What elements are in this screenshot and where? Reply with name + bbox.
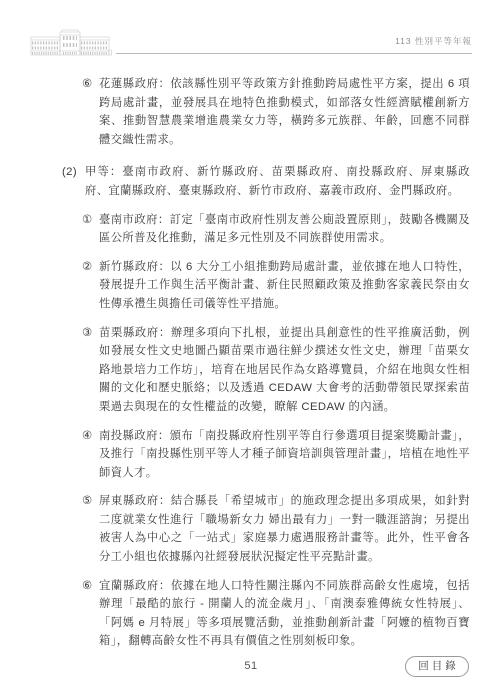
- list-item: (2) 甲等：臺南市政府、新竹縣政府、苗栗縣政府、南投縣政府、屏東縣政府、宜蘭縣…: [62, 163, 470, 200]
- list-marker: ⑥: [82, 577, 99, 596]
- document-page: 113 性別平等年報 ⑥ 花蓮縣政府：依該縣性別平等政策方針推動跨局處性平方案，…: [0, 0, 502, 700]
- list-marker: ③: [82, 324, 99, 343]
- list-item: ③ 苗栗縣政府：辦理多項向下扎根，並提出具創意性的性平推廣活動，例如發展女性文史…: [82, 324, 470, 417]
- list-marker: ①: [82, 211, 99, 230]
- list-text: 臺南市政府：訂定「臺南市政府性別友善公廁設置原則」，鼓勵各機關及區公所普及化推動…: [99, 211, 470, 248]
- list-item: ① 臺南市政府：訂定「臺南市政府性別友善公廁設置原則」，鼓勵各機關及區公所普及化…: [82, 211, 470, 248]
- list-text: 屏東縣政府：結合縣長「希望城市」的施政理念提出多項成果，如針對二度就業女性進行「…: [99, 492, 470, 566]
- document-body: ⑥ 花蓮縣政府：依該縣性別平等政策方針推動跨局處性平方案，提出 6 項跨局處計畫…: [62, 75, 470, 652]
- list-marker: ②: [82, 258, 99, 277]
- list-marker: ⑤: [82, 492, 99, 511]
- list-text: 甲等：臺南市政府、新竹縣政府、苗栗縣政府、南投縣政府、屏東縣政府、宜蘭縣政府、臺…: [85, 163, 470, 200]
- list-marker: ④: [82, 427, 99, 446]
- list-item: ⑥ 花蓮縣政府：依該縣性別平等政策方針推動跨局處性平方案，提出 6 項跨局處計畫…: [82, 75, 470, 149]
- header-divider: 113 性別平等年報: [116, 31, 472, 54]
- list-item: ⑤ 屏東縣政府：結合縣長「希望城市」的施政理念提出多項成果，如針對二度就業女性進…: [82, 492, 470, 566]
- list-item: ② 新竹縣政府：以 6 大分工小組推動跨局處計畫，並依據在地人口特性，發展提升工…: [82, 258, 470, 314]
- list-marker: (2): [62, 163, 85, 182]
- report-title: 113 性別平等年報: [395, 36, 472, 46]
- back-to-toc-button[interactable]: 回目錄: [405, 656, 469, 677]
- page-footer: 51 回目錄: [0, 654, 502, 700]
- government-building-icon: [30, 29, 112, 57]
- list-text: 苗栗縣政府：辦理多項向下扎根，並提出具創意性的性平推廣活動，例如發展女性文史地圖…: [99, 324, 470, 417]
- list-text: 宜蘭縣政府：依據在地人口特性關注縣內不同族群高齡女性處境，包括辦理「最酷的旅行 …: [99, 577, 470, 651]
- list-text: 花蓮縣政府：依該縣性別平等政策方針推動跨局處性平方案，提出 6 項跨局處計畫，並…: [99, 75, 470, 149]
- list-item: ⑥ 宜蘭縣政府：依據在地人口特性關注縣內不同族群高齡女性處境，包括辦理「最酷的旅…: [82, 577, 470, 651]
- page-header: 113 性別平等年報: [30, 24, 472, 54]
- list-text: 新竹縣政府：以 6 大分工小組推動跨局處計畫，並依據在地人口特性，發展提升工作與…: [99, 258, 470, 314]
- list-text: 南投縣政府：頒布「南投縣政府性別平等自行參選項目提案獎勵計畫」，及推行「南投縣性…: [99, 427, 470, 483]
- list-marker: ⑥: [82, 75, 99, 94]
- list-item: ④ 南投縣政府：頒布「南投縣政府性別平等自行參選項目提案獎勵計畫」，及推行「南投…: [82, 427, 470, 483]
